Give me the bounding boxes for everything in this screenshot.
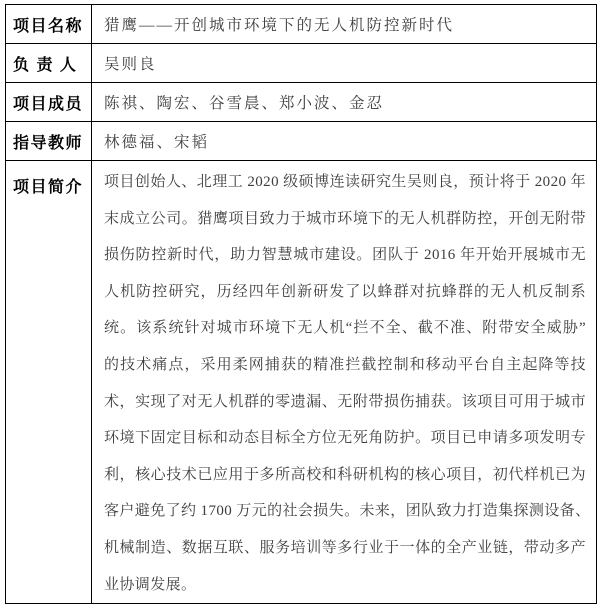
document-page: 项目名称 猎鹰——开创城市环境下的无人机防控新时代 负 责 人 吴则良 项目成员… — [0, 0, 601, 614]
row-label-project-name: 项目名称 — [6, 5, 92, 44]
table-row-intro: 项目简介 项目创始人、北理工 2020 级硕博连读研究生吴则良，预计将于 202… — [6, 161, 597, 604]
intro-line-12: 业协调发展。 — [104, 567, 586, 604]
row-value-leader: 吴则良 — [92, 44, 597, 83]
intro-line-10: 客户避免了约 1700 万元的社会损失。未来，团队致力打造集探测设备、 — [104, 493, 586, 530]
row-label-intro: 项目简介 — [6, 161, 92, 604]
row-value-intro: 项目创始人、北理工 2020 级硕博连读研究生吴则良，预计将于 2020 年 末… — [92, 161, 597, 604]
table-row-advisors: 指导教师 林德福、宋韬 — [6, 122, 597, 161]
intro-line-3: 损伤防控新时代，助力智慧城市建设。团队于 2016 年开始开展城市无 — [104, 237, 586, 274]
intro-line-1: 项目创始人、北理工 2020 级硕博连读研究生吴则良，预计将于 2020 年 — [104, 164, 586, 201]
project-info-table: 项目名称 猎鹰——开创城市环境下的无人机防控新时代 负 责 人 吴则良 项目成员… — [5, 4, 597, 604]
intro-line-11: 机械制造、数据互联、服务培训等多行业于一体的全产业链，带动多产 — [104, 530, 586, 567]
intro-line-9: 利，核心技术已应用于多所高校和科研机构的核心项目，初代样机已为 — [104, 457, 586, 494]
row-value-project-name: 猎鹰——开创城市环境下的无人机防控新时代 — [92, 5, 597, 44]
row-label-members: 项目成员 — [6, 83, 92, 122]
table-row-members: 项目成员 陈祺、陶宏、谷雪晨、郑小波、金忍 — [6, 83, 597, 122]
intro-line-4: 人机防控研究，历经四年创新研发了以蜂群对抗蜂群的无人机反制系 — [104, 274, 586, 311]
intro-line-5: 统。该系统针对城市环境下无人机“拦不全、截不准、附带安全威胁” — [104, 310, 586, 347]
intro-line-2: 末成立公司。猎鹰项目致力于城市环境下的无人机群防控，开创无附带 — [104, 201, 586, 238]
intro-line-7: 术，实现了对无人机群的零遗漏、无附带损伤捕获。该项目可用于城市 — [104, 384, 586, 421]
row-value-members: 陈祺、陶宏、谷雪晨、郑小波、金忍 — [92, 83, 597, 122]
row-label-leader: 负 责 人 — [6, 44, 92, 83]
row-label-advisors: 指导教师 — [6, 122, 92, 161]
intro-line-6: 的技术痛点，采用柔网捕获的精准拦截控制和移动平台自主起降等技 — [104, 347, 586, 384]
table-row-project-name: 项目名称 猎鹰——开创城市环境下的无人机防控新时代 — [6, 5, 597, 44]
intro-line-8: 环境下固定目标和动态目标全方位无死角防护。项目已申请多项发明专 — [104, 420, 586, 457]
row-value-advisors: 林德福、宋韬 — [92, 122, 597, 161]
table-row-leader: 负 责 人 吴则良 — [6, 44, 597, 83]
